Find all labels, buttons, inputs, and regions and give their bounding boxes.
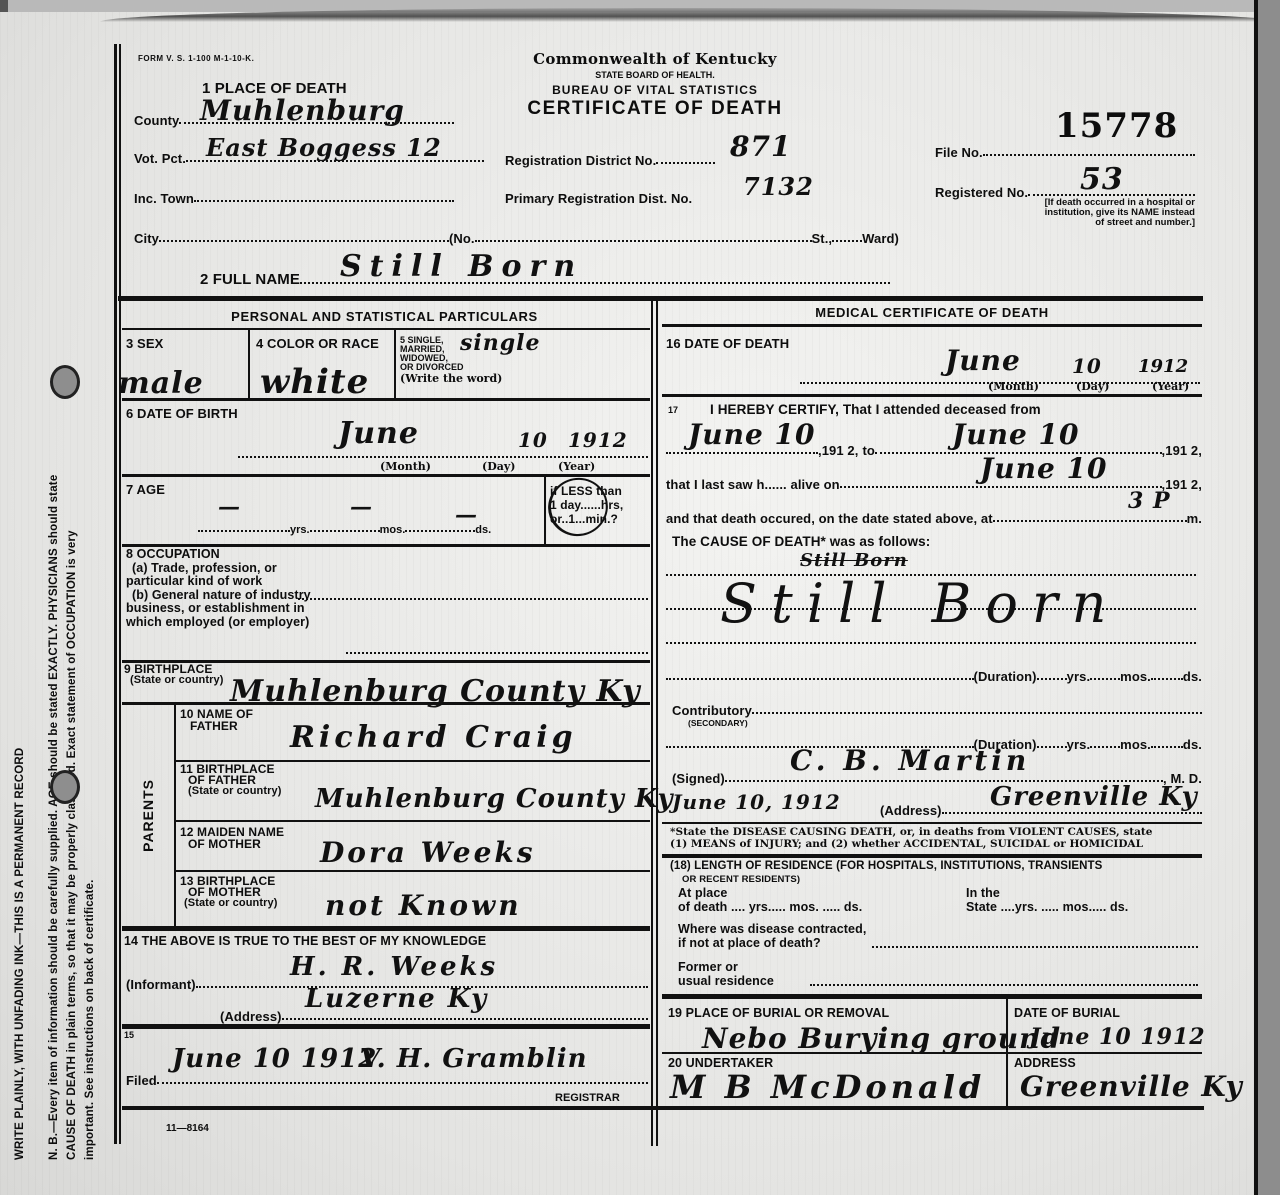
where-contracted-line1: Where was disease contracted,	[678, 922, 866, 936]
informant-statement: 14 THE ABOVE IS TRUE TO THE BEST OF MY K…	[124, 934, 486, 948]
state-label: State ....yrs. ..... mos..... ds.	[966, 900, 1128, 914]
registered-no-label: Registered No.	[935, 185, 1028, 200]
occupation-label: 8 OCCUPATION	[126, 548, 311, 562]
duration-mos-line	[1090, 746, 1120, 748]
signed-label: (Signed)	[672, 771, 725, 786]
margin-instruction-line2: N. B.—Every item of information should b…	[48, 40, 61, 1160]
dod-day-value: 10	[1072, 354, 1102, 378]
street-dotted-line	[475, 240, 812, 242]
inc-town-field[interactable]: Inc. Town	[134, 184, 454, 206]
sex-label: 3 SEX	[126, 336, 163, 351]
margin-instruction-line1: WRITE PLAINLY, WITH UNFADING INK—THIS IS…	[14, 300, 27, 1160]
where-contracted-line2: if not at place of death?	[678, 936, 866, 950]
cause-footnote: *State the DISEASE CAUSING DEATH, or, in…	[670, 826, 1152, 850]
city-st-label: St.,	[812, 231, 833, 246]
form-left-border	[114, 44, 121, 1144]
burial-date-value[interactable]: June 10 1912	[1030, 1024, 1206, 1050]
marital-status-value[interactable]: single	[460, 330, 540, 356]
attended-to-year: ,191 2,	[1162, 443, 1202, 458]
undertaker-address-label: ADDRESS	[1014, 1056, 1076, 1070]
date-of-death-label: 16 DATE OF DEATH	[666, 336, 789, 351]
full-name-label: 2 FULL NAME	[200, 271, 300, 288]
registration-district-dotted-line	[656, 162, 715, 164]
duration-ds-caption: ds.	[1183, 737, 1202, 752]
father-name-label-line2: FATHER	[180, 720, 253, 732]
city-no-label: (No.	[449, 231, 475, 246]
mother-birthplace-label: 13 BIRTHPLACE OF MOTHER (State or countr…	[180, 876, 277, 909]
undertaker-address-value[interactable]: Greenville Ky	[1020, 1070, 1243, 1103]
registered-no-value: 53	[1080, 162, 1124, 197]
death-time-suffix: m.	[1187, 511, 1202, 526]
physician-address-value: Greenville Ky	[990, 782, 1198, 812]
age-mos-line	[310, 530, 380, 532]
death-certificate-form: FORM V. S. 1-100 M-1-10-K. Commonwealth …	[110, 44, 1206, 1144]
personal-section-title: PERSONAL AND STATISTICAL PARTICULARS	[122, 309, 647, 324]
margin-instruction-line4: important. See instructions on back of c…	[84, 890, 97, 1160]
primary-registration-value: 7132	[743, 172, 814, 201]
usual-residence-line: usual residence	[678, 974, 774, 988]
filed-dotted-line	[157, 1082, 648, 1084]
divider	[662, 324, 1202, 327]
residence-in-state[interactable]: In the State ....yrs. ..... mos..... ds.	[966, 886, 1128, 914]
filed-date-value: June 10 1912	[172, 1044, 377, 1074]
at-place-label: At place	[678, 886, 862, 900]
footer-code: 11—8164	[166, 1124, 209, 1133]
residence-block: (18) LENGTH OF RESIDENCE (FOR HOSPITALS,…	[670, 860, 1102, 886]
secondary-label: (SECONDARY)	[688, 718, 748, 728]
inc-town-label: Inc. Town	[134, 191, 194, 206]
cause-duration-field[interactable]: (Duration) yrs. mos. ds.	[666, 664, 1202, 684]
usual-residence-label: Former or usual residence	[678, 960, 774, 988]
parents-side-label: PARENTS	[140, 779, 156, 852]
father-birthplace-value[interactable]: Muhlenburg County Ky	[315, 784, 673, 814]
duration-mos-caption: mos.	[1120, 669, 1151, 684]
footnote-line2: (1) MEANS of INJURY; and (2) whether ACC…	[670, 838, 1152, 850]
burial-place-value[interactable]: Nebo Burying ground	[702, 1022, 1061, 1055]
divider	[122, 398, 650, 401]
contributory-label: Contributory	[672, 703, 752, 718]
duration-line	[666, 678, 974, 680]
dod-year-prefix: 191	[1138, 356, 1176, 377]
binder-hole-icon	[50, 365, 80, 399]
age-ds-line	[405, 530, 475, 532]
age-ds-value: —	[455, 502, 478, 528]
divider	[544, 476, 546, 544]
file-no-dotted-line	[983, 154, 1195, 156]
hospital-note: [If death occurred in a hospital or inst…	[1035, 198, 1195, 228]
attended-from-year: ,191 2,	[818, 443, 858, 458]
primary-registration-label: Primary Registration Dist. No.	[505, 191, 692, 206]
attended-from-value: June 10	[688, 418, 816, 451]
city-ward-label: Ward)	[862, 231, 899, 246]
dob-day-caption: (Day)	[482, 460, 515, 473]
certificate-header: Commonwealth of Kentucky STATE BOARD OF …	[485, 50, 825, 120]
residence-label2: OR RECENT RESIDENTS)	[670, 873, 1102, 886]
city-label: City	[134, 231, 159, 246]
column-divider	[651, 301, 653, 1146]
divider	[394, 330, 396, 398]
birthplace-sublabel: (State or country)	[124, 675, 223, 686]
informant-address-value: Luzerne Ky	[305, 984, 488, 1014]
file-no-value: 15778	[1055, 106, 1178, 146]
divider	[248, 330, 250, 398]
dod-year-value: 1912	[1138, 356, 1189, 377]
cause-of-death-value: Still Born	[720, 572, 1120, 635]
form-number: FORM V. S. 1-100 M-1-10-K.	[138, 54, 254, 63]
residence-label: (18) LENGTH OF RESIDENCE (FOR HOSPITALS,…	[670, 860, 1102, 873]
last-saw-label: that I last saw h...... alive on	[666, 477, 840, 492]
father-birthplace-label-line3: (State or country)	[180, 786, 281, 797]
age-yrs-caption: yrs.	[290, 525, 310, 536]
inc-town-dotted-line	[194, 200, 454, 202]
age-yrs-value: —	[218, 494, 241, 520]
sex-value[interactable]: male	[118, 366, 204, 401]
last-saw-value: June 10	[980, 452, 1108, 485]
footnote-line1: *State the DISEASE CAUSING DEATH, or, in…	[670, 826, 1152, 838]
divider	[122, 1024, 650, 1029]
county-label: County	[134, 113, 179, 128]
dob-year-caption: (Year)	[558, 460, 595, 473]
full-name-value: Still Born	[340, 249, 583, 284]
ward-dotted-line	[832, 240, 862, 242]
duration-ds-line	[1151, 746, 1183, 748]
registration-district-label: Registration District No.	[505, 153, 656, 168]
age-mos-caption: mos.	[380, 525, 406, 536]
dob-month-caption: (Month)	[380, 460, 431, 473]
informant-address-label: (Address)	[220, 1009, 282, 1024]
occupation-a-input[interactable]	[298, 598, 648, 600]
occupation-block: 8 OCCUPATION (a) Trade, profession, or p…	[126, 548, 311, 629]
usual-residence-input[interactable]	[810, 984, 1198, 986]
header-bureau: BUREAU OF VITAL STATISTICS	[485, 83, 825, 97]
in-the-label: In the	[966, 886, 1128, 900]
registrar-label: REGISTRAR	[555, 1092, 620, 1104]
certify-item-number: 17	[668, 406, 678, 415]
attended-to-value: June 10	[952, 418, 1080, 451]
margin-instruction-line3: CAUSE OF DEATH in plain terms, so that i…	[66, 40, 79, 1160]
age-field[interactable]: yrs. mos. ds.	[198, 518, 528, 536]
undertaker-value[interactable]: M B McDonald	[670, 1068, 985, 1106]
duration-yrs-line	[1037, 746, 1067, 748]
duration-label: (Duration)	[974, 669, 1037, 684]
divider	[122, 1106, 1204, 1110]
vot-pct-value: East Boggess 12	[206, 133, 442, 162]
cause-of-death-struck-value: Still Born	[800, 550, 908, 571]
header-board: STATE BOARD OF HEALTH.	[485, 71, 825, 80]
registration-district-field[interactable]: Registration District No.	[505, 146, 715, 168]
divider	[662, 854, 1202, 858]
physician-address-label: (Address)	[880, 803, 942, 818]
occupation-b-label: (b) General nature of industry	[126, 589, 311, 603]
certify-statement: I HEREBY CERTIFY, That I attended deceas…	[710, 402, 1041, 417]
city-field[interactable]: City (No. St., Ward)	[134, 224, 899, 246]
of-death-label: of death .... yrs..... mos. ..... ds.	[678, 900, 862, 914]
attended-from-line	[666, 452, 818, 454]
divider	[662, 822, 1202, 824]
birthplace-label-block: 9 BIRTHPLACE (State or country)	[124, 664, 223, 686]
physician-signature: C. B. Martin	[790, 744, 1030, 777]
vot-pct-label: Vot. Pct.	[134, 151, 186, 166]
divider	[662, 394, 1202, 397]
duration-yrs-caption: yrs.	[1067, 737, 1091, 752]
dob-month-value: June	[338, 416, 419, 451]
duration-yrs-line	[1037, 678, 1067, 680]
divider	[122, 474, 650, 477]
occupation-b2-label: business, or establishment in	[126, 602, 311, 616]
where-contracted-label: Where was disease contracted, if not at …	[678, 922, 866, 950]
age-mos-value: —	[350, 494, 373, 520]
dod-month-caption: (Month)	[988, 380, 1039, 393]
mother-maiden-label: 12 MAIDEN NAME OF MOTHER	[180, 826, 284, 850]
physician-address-line	[942, 812, 1202, 814]
age-yrs-line	[198, 530, 290, 532]
death-time-line	[993, 520, 1187, 522]
signed-date-value: June 10, 1912	[672, 790, 841, 814]
last-saw-field[interactable]: that I last saw h...... alive on ,191 2,	[666, 472, 1202, 492]
county-value: Muhlenburg	[200, 94, 405, 127]
burial-date-label: DATE OF BURIAL	[1014, 1006, 1120, 1020]
where-contracted-input[interactable]	[872, 946, 1198, 948]
divider	[174, 704, 176, 928]
mother-birthplace-label-line3: (State or country)	[180, 898, 277, 909]
dod-day-caption: (Day)	[1076, 380, 1109, 393]
marital-note: (Write the word)	[400, 372, 502, 385]
header-state: Commonwealth of Kentucky	[485, 50, 825, 68]
duration-ds-caption: ds.	[1183, 669, 1202, 684]
father-birthplace-label: 11 BIRTHPLACE OF FATHER (State or countr…	[180, 764, 281, 797]
dob-dotted-line	[238, 456, 648, 458]
color-race-value[interactable]: white	[260, 362, 369, 402]
city-dotted-line	[159, 240, 449, 242]
informant-value: H. R. Weeks	[290, 952, 498, 982]
file-no-label: File No.	[935, 145, 983, 160]
death-time-label: and that death occured, on the date stat…	[666, 511, 993, 526]
duration-yrs-caption: yrs.	[1067, 669, 1091, 684]
occupation-a-label: (a) Trade, profession, or	[126, 562, 311, 576]
last-saw-line	[840, 486, 1162, 488]
filing-item-number: 15	[124, 1031, 134, 1040]
circle-mark-icon	[540, 469, 616, 544]
section-divider	[118, 296, 1203, 301]
divider	[662, 994, 1202, 999]
divider	[122, 328, 650, 330]
header-title: CERTIFICATE OF DEATH	[485, 98, 825, 120]
informant-label: (Informant)	[126, 977, 196, 992]
burial-place-label: 19 PLACE OF BURIAL OR REMOVAL	[668, 1006, 889, 1020]
occupation-a2-label: particular kind of work	[126, 575, 311, 589]
informant-address-dotted-line	[282, 1018, 648, 1020]
binder-hole-icon	[50, 770, 80, 804]
occupation-b3-label: which employed (or employer)	[126, 616, 311, 630]
cause-of-death-label: The CAUSE OF DEATH* was as follows:	[672, 534, 930, 549]
mother-birthplace-value[interactable]: not Known	[325, 889, 522, 922]
mother-maiden-label-line2: OF MOTHER	[180, 838, 284, 850]
duration-mos-line	[1090, 678, 1120, 680]
duration-ds-line	[1151, 678, 1183, 680]
dob-year-value: 1912	[568, 428, 628, 452]
divider	[176, 870, 650, 872]
residence-at-place[interactable]: At place of death .... yrs..... mos. ...…	[678, 886, 862, 914]
divider	[122, 702, 650, 705]
medical-section-title: MEDICAL CERTIFICATE OF DEATH	[662, 305, 1202, 320]
duration-mos-caption: mos.	[1120, 737, 1151, 752]
registration-district-value: 871	[730, 130, 791, 163]
occupation-b-input[interactable]	[346, 652, 648, 654]
father-name-label: 10 NAME OF FATHER	[180, 708, 253, 732]
contributory-line	[752, 712, 1202, 714]
column-divider	[656, 301, 658, 1146]
age-label: 7 AGE	[126, 482, 165, 497]
dod-year-suffix: 2	[1176, 356, 1190, 377]
divider	[662, 1052, 1202, 1054]
color-race-label: 4 COLOR OR RACE	[256, 336, 379, 351]
cause-line-3[interactable]	[666, 642, 1196, 644]
death-time-field[interactable]: and that death occured, on the date stat…	[666, 506, 1202, 526]
divider	[122, 926, 650, 931]
date-of-birth-label: 6 DATE OF BIRTH	[126, 406, 238, 421]
contributory-field[interactable]: Contributory	[672, 698, 1202, 718]
scan-right-edge	[1254, 0, 1280, 1195]
registrar-signature: V. H. Gramblin	[360, 1044, 588, 1074]
marital-label-divorced: OR DIVORCED	[400, 363, 502, 372]
divider	[176, 820, 650, 822]
filed-label: Filed	[126, 1073, 157, 1088]
attended-to-label: to	[862, 443, 874, 458]
dob-day-value: 10	[518, 428, 548, 452]
dod-month-value: June	[945, 344, 1021, 377]
father-name-value[interactable]: Richard Craig	[290, 720, 577, 755]
dod-year-caption: (Year)	[1152, 380, 1189, 393]
scan-top-shadow	[100, 8, 1280, 22]
mother-maiden-value[interactable]: Dora Weeks	[320, 836, 536, 869]
death-time-value: 3 P	[1128, 488, 1171, 514]
former-label: Former or	[678, 960, 774, 974]
